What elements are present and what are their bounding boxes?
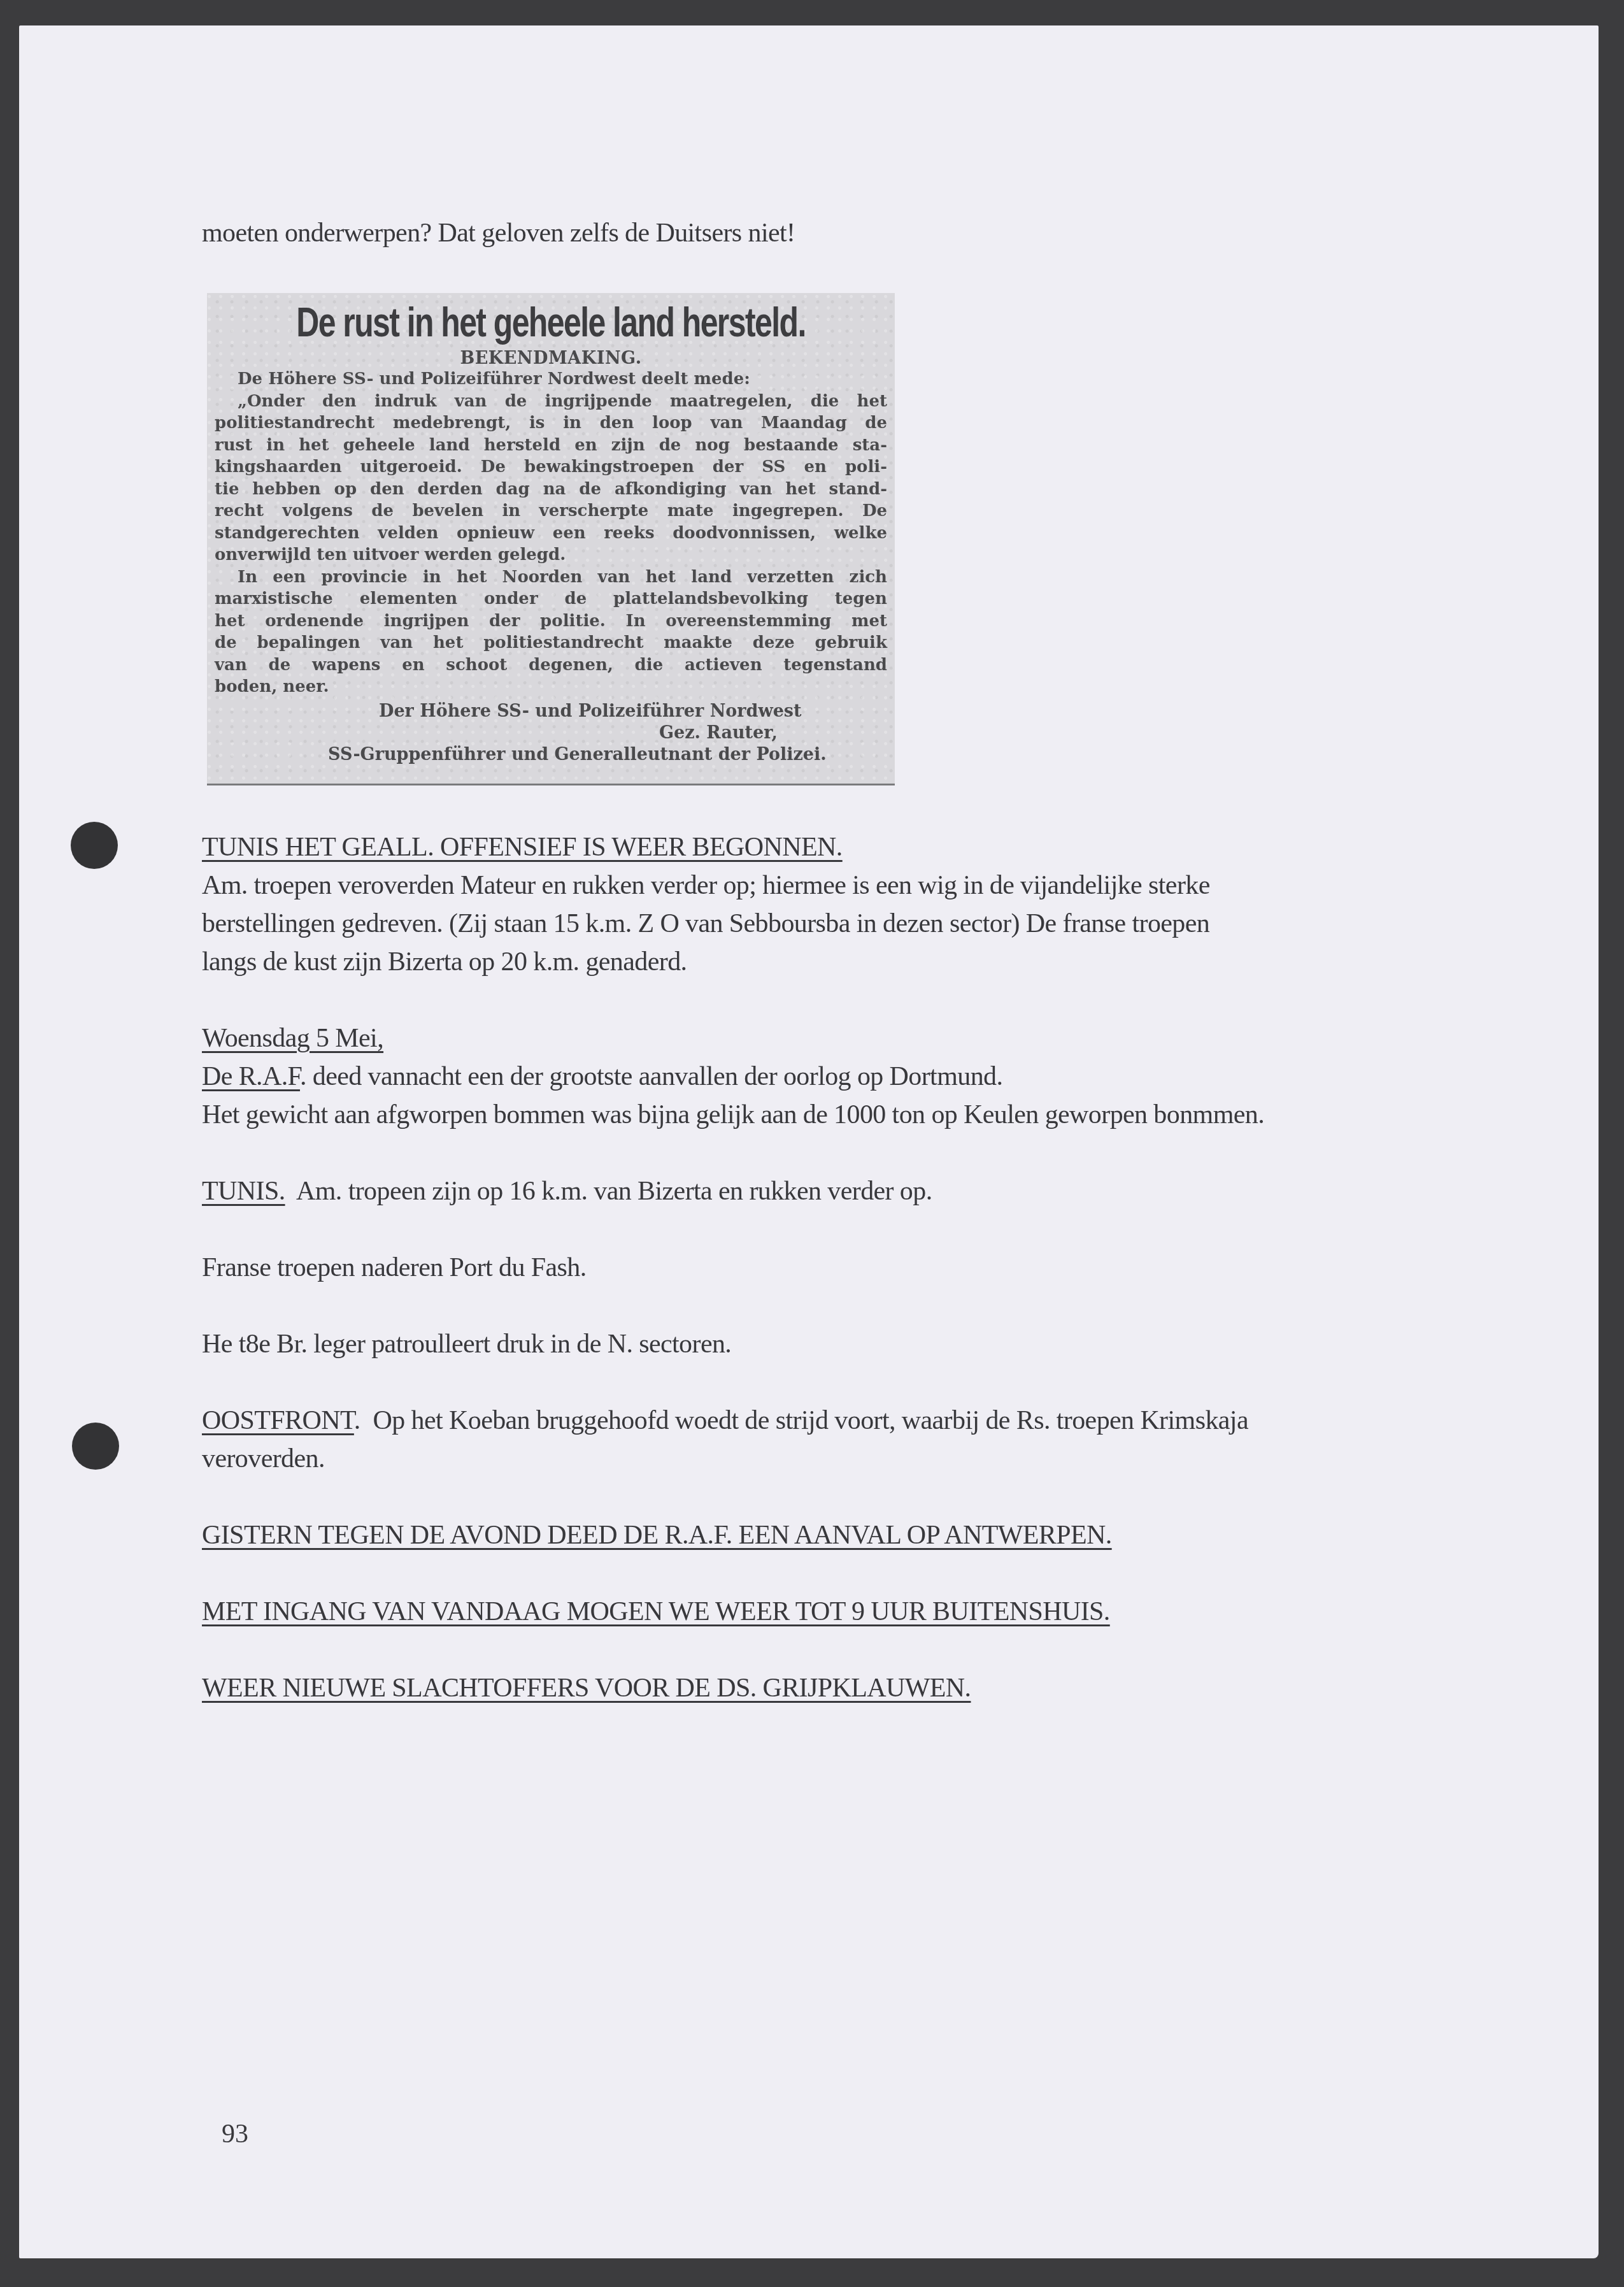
clipping-subheading: BEKENDMAKING.	[207, 348, 895, 369]
headline-antwerpen: GISTERN TEGEN DE AVOND DEED DE R.A.F. EE…	[202, 1516, 1112, 1554]
bomb-weight-line: Het gewicht aan afgworpen bommen was bij…	[202, 1096, 1264, 1134]
clipping-line: de bepalingen van het politiestandrecht …	[215, 632, 887, 654]
tunis-label: TUNIS.	[202, 1177, 285, 1206]
raf-paragraph: De R.A.F. deed vannacht een der grootste…	[202, 1057, 1002, 1096]
tunis-text: Am. tropeen zijn op 16 k.m. van Bizerta …	[285, 1177, 932, 1206]
clipping-line: In een provincie in het Noorden van het …	[215, 566, 887, 589]
headline-victims: WEER NIEUWE SLACHTOFFERS VOOR DE DS. GRI…	[202, 1669, 971, 1707]
clipping-line: „Onder den indruk van de ingrijpende maa…	[215, 391, 887, 413]
clipping-signature-name: Gez. Rauter,	[659, 722, 778, 744]
paragraph-line: langs de kust zijn Bizerta op 20 k.m. ge…	[202, 943, 687, 981]
date-heading: Woensdag 5 Mei,	[202, 1019, 383, 1057]
clipping-line: het ordenende ingrijpen der politie. In …	[215, 610, 887, 633]
newspaper-clipping: De rust in het geheele land hersteld. BE…	[207, 293, 895, 785]
clipping-line: standgerechten velden opnieuw een reeks …	[215, 522, 887, 545]
eastern-front-continuation: veroverden.	[202, 1440, 325, 1478]
clipping-line: De Höhere SS- und Polizeiführer Nordwest…	[215, 368, 887, 391]
clipping-body: De Höhere SS- und Polizeiführer Nordwest…	[215, 368, 887, 698]
tunis-update: TUNIS. Am. tropeen zijn op 16 k.m. van B…	[202, 1172, 932, 1210]
eastern-front-label: OOSTFRONT	[202, 1406, 354, 1435]
raf-label: De R.A.F	[202, 1062, 300, 1091]
paragraph-line: Am. troepen veroverden Mateur en rukken …	[202, 866, 1210, 905]
intro-line: moeten onderwerpen? Dat geloven zelfs de…	[202, 214, 795, 252]
clipping-line: politiestandrecht medebrengt, is in den …	[215, 412, 887, 434]
section-heading-tunis-offensive: TUNIS HET GEALL. OFFENSIEF IS WEER BEGON…	[202, 828, 843, 866]
clipping-line: boden, neer.	[215, 676, 887, 698]
document-page: moeten onderwerpen? Dat geloven zelfs de…	[19, 25, 1599, 2258]
clipping-line: recht volgens de bevelen in verscherpte …	[215, 500, 887, 522]
raf-text: . deed vannacht een der grootste aanvall…	[300, 1062, 1002, 1091]
clipping-line: onverwijld ten uitvoer werden gelegd.	[215, 544, 887, 566]
clipping-line: van de wapens en schoot degenen, die act…	[215, 654, 887, 677]
clipping-headline: De rust in het geheele land hersteld.	[283, 297, 819, 348]
eastern-front-text: . Op het Koeban bruggehoofd woedt de str…	[354, 1406, 1248, 1435]
eastern-front-paragraph: OOSTFRONT. Op het Koeban bruggehoofd woe…	[202, 1402, 1248, 1440]
punch-hole-bottom	[72, 1423, 119, 1470]
clipping-signature-title: Der Höhere SS- und Polizeiführer Nordwes…	[379, 701, 802, 722]
page-number: 93	[222, 2119, 248, 2149]
clipping-signature-rank: SS-Gruppenführer und Generalleutnant der…	[328, 744, 827, 766]
eighth-army-line: He t8e Br. leger patroulleert druk in de…	[202, 1325, 731, 1363]
paragraph-line: berstellingen gedreven. (Zij staan 15 k.…	[202, 905, 1209, 943]
punch-hole-top	[71, 822, 118, 869]
clipping-line: rust in het geheele land hersteld en zij…	[215, 434, 887, 457]
headline-curfew: MET INGANG VAN VANDAAG MOGEN WE WEER TOT…	[202, 1593, 1110, 1631]
french-troops-line: Franse troepen naderen Port du Fash.	[202, 1249, 587, 1287]
clipping-line: tie hebben op den derden dag na de afkon…	[215, 478, 887, 501]
clipping-line: marxistische elementen onder de plattela…	[215, 588, 887, 610]
clipping-line: kingshaarden uitgeroeid. De bewakingstro…	[215, 456, 887, 478]
